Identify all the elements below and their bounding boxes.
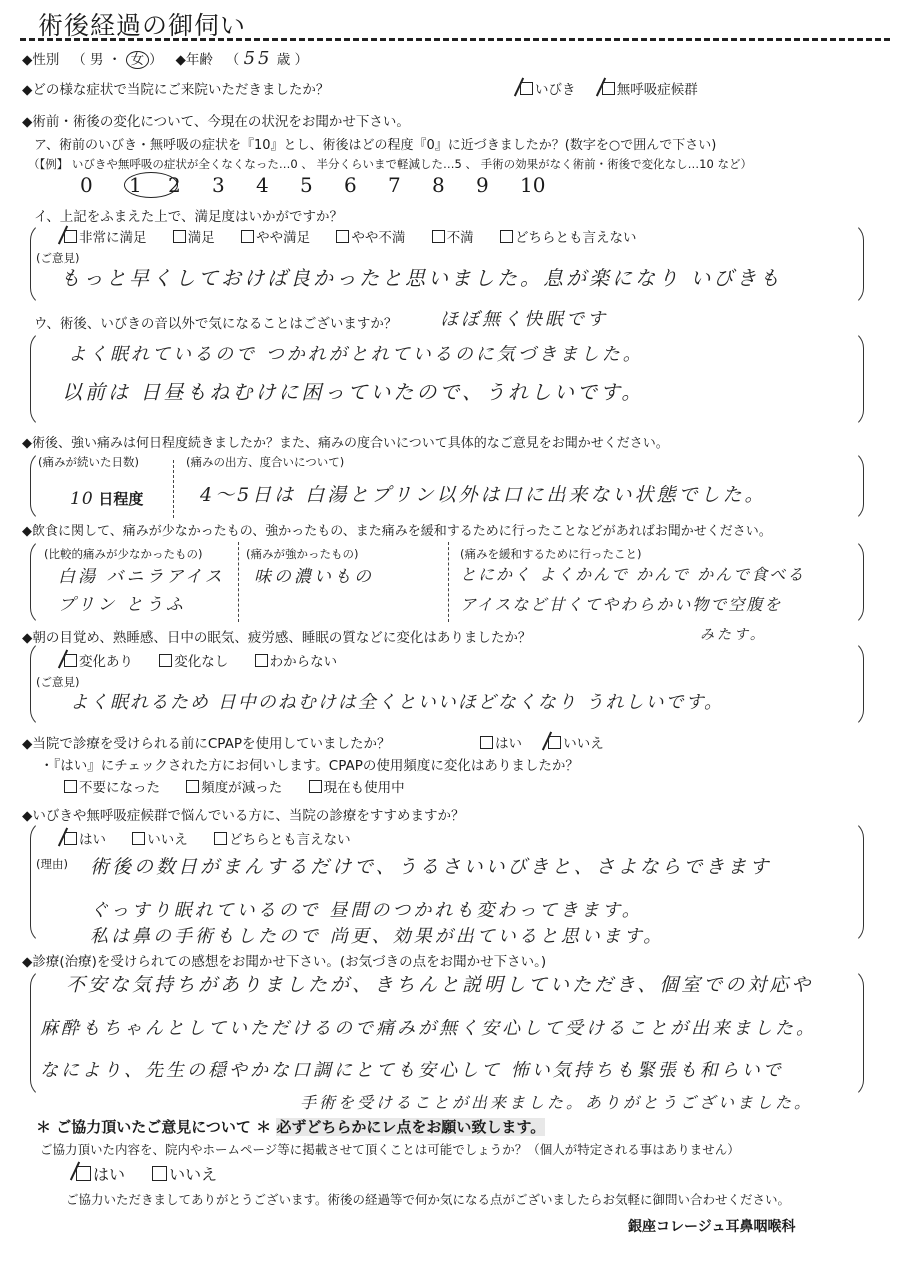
pain-days-label: (痛みが続いた日数) — [38, 454, 139, 470]
option-label: いいえ — [563, 736, 604, 752]
pain-days-unit: 日程度 — [98, 490, 143, 508]
sleep-opinion-value[interactable]: よく眠れるため 日中のねむけは全くといいほどなくなり うれしいです。 — [70, 688, 724, 714]
food-strong-label: (痛みが強かったもの) — [246, 546, 358, 562]
scale-10[interactable]: 10 — [520, 173, 564, 197]
cpap-followup: ・『はい』にチェックされた方にお伺いします。CPAPの使用頻度に変化はありました… — [40, 754, 579, 774]
visit-option-apnea[interactable]: 無呼吸症候群 — [602, 78, 698, 98]
consent-heading-row: ＊ ご協力頂いたご意見について ＊ 必ずどちらかにレ点をお願い致します。 — [36, 1116, 545, 1137]
clinic-name: 銀座コレージュ耳鼻咽喉科 — [628, 1216, 795, 1236]
impression-line4[interactable]: 手術を受けることが出来ました。ありがとうございました。 — [300, 1090, 813, 1113]
food-less-line1[interactable]: 白湯 バニラアイス — [58, 562, 225, 587]
consent-options: はい いいえ — [76, 1162, 239, 1185]
checkbox-icon[interactable] — [64, 230, 77, 243]
option-label: いいえ — [147, 832, 188, 848]
checkbox-icon[interactable] — [500, 230, 513, 243]
satisfaction-option[interactable]: やや満足 — [241, 226, 310, 246]
scale-8[interactable]: 8 — [432, 173, 476, 197]
age-label: ◆年齢 — [176, 52, 213, 68]
scale-3[interactable]: 3 — [212, 173, 256, 197]
recommend-reason-label: (理由) — [36, 856, 68, 872]
checkbox-icon[interactable] — [64, 654, 77, 667]
visit-reason-question: ◆どの様な症状で当院にご来院いただきましたか？ — [22, 78, 329, 98]
cpap-options: はい いいえ — [480, 732, 626, 752]
pain-detail-label: (痛みの出方、度合いについて) — [186, 454, 344, 470]
scale-4[interactable]: 4 — [256, 173, 300, 197]
satisfaction-option[interactable]: 非常に満足 — [64, 226, 147, 246]
recommend-reason-line3[interactable]: 私は鼻の手術もしたので 尚更、効果が出ていると思います。 — [90, 922, 664, 948]
checkbox-icon[interactable] — [76, 1166, 91, 1181]
checkbox-icon[interactable] — [214, 832, 227, 845]
checkbox-icon[interactable] — [255, 654, 268, 667]
change-a-question: ア、術前のいびき・無呼吸の症状を『10』とし、術後はどの程度『0』に近づきました… — [34, 134, 716, 153]
visit-option-snoring[interactable]: いびき — [520, 78, 576, 98]
impression-line3[interactable]: なにより、先生の穏やかな口調にとても安心して 怖い気持ちも緊張も和らいで — [40, 1056, 784, 1082]
cpap-followup-options: 不要になった 頻度が減った 現在も使用中 — [64, 776, 427, 796]
checkbox-icon[interactable] — [480, 736, 493, 749]
option-label: 非常に満足 — [79, 230, 147, 246]
option-label: どちらとも言えない — [229, 832, 351, 848]
checkbox-icon[interactable] — [64, 832, 77, 845]
recommend-options: はい いいえ どちらとも言えない — [64, 828, 373, 848]
consent-thanks: ご協力いただきましてありがとうございます。術後の経過等で何か気になる点がございま… — [66, 1190, 790, 1208]
pain-days: 10 日程度 — [70, 488, 143, 509]
scale-9[interactable]: 9 — [476, 173, 520, 197]
change-heading: ◆術前・術後の変化について、今現在の状況をお聞かせ下さい。 — [22, 110, 410, 130]
satisfaction-option[interactable]: どちらとも言えない — [500, 226, 637, 246]
food-divider-1 — [238, 542, 239, 622]
recommend-option[interactable]: いいえ — [132, 828, 188, 848]
sleep-option[interactable]: わからない — [255, 650, 338, 670]
cpap-option-no[interactable]: いいえ — [548, 732, 604, 752]
option-label: 頻度が減った — [201, 780, 282, 796]
cpap-followup-option[interactable]: 不要になった — [64, 776, 160, 796]
option-label: 現在も使用中 — [324, 780, 405, 796]
checkbox-icon[interactable] — [548, 736, 561, 749]
option-label: はい — [495, 736, 522, 752]
satisfaction-options: 非常に満足 満足 やや満足 やや不満 不満 どちらとも言えない — [64, 226, 658, 246]
checkbox-icon[interactable] — [132, 832, 145, 845]
food-less-line2[interactable]: プリン とうふ — [58, 590, 186, 615]
gender-label: ◆性別 — [22, 52, 59, 68]
other-concerns-question: ウ、術後、いびきの音以外で気になることはございますか？ — [34, 312, 397, 332]
scale-0[interactable]: 0 — [80, 173, 124, 197]
scale-1[interactable]: 1 — [124, 172, 168, 198]
gender-options: （ 男 ・ — [72, 52, 121, 68]
option-label: はい — [93, 1165, 125, 1184]
satisfaction-opinion-line2[interactable]: ほぼ無く快眠です — [440, 305, 608, 331]
scale-2[interactable]: 2 — [168, 173, 212, 197]
cpap-option-yes[interactable]: はい — [480, 732, 522, 752]
option-label: どちらとも言えない — [515, 230, 637, 246]
food-relief-label: (痛みを緩和するために行ったこと) — [460, 546, 641, 562]
consent-option-yes[interactable]: はい — [76, 1162, 125, 1185]
pain-days-value[interactable]: 10 — [70, 489, 94, 509]
option-label: やや満足 — [256, 230, 310, 246]
sleep-options: 変化あり 変化なし わからない — [64, 650, 359, 670]
pain-detail-value[interactable]: 4～5日は 白湯とプリン以外は口に出来ない状態でした。 — [200, 480, 766, 507]
checkbox-icon[interactable] — [186, 780, 199, 793]
scale-5[interactable]: 5 — [300, 173, 344, 197]
change-a-example: （【例】 いびきや無呼吸の症状が全くなくなった…0 、 半分くらいまで軽減した…… — [28, 156, 752, 172]
impression-line2[interactable]: 麻酔もちゃんとしていただけるので痛みが無く安心して受けることが出来ました。 — [40, 1014, 817, 1040]
visit-reason-options: いびき 無呼吸症候群 — [520, 78, 720, 98]
option-label: 満足 — [188, 230, 215, 246]
option-label: 無呼吸症候群 — [617, 82, 698, 98]
food-relief-line1[interactable]: とにかく よくかんで かんで かんで食べる — [460, 562, 805, 585]
option-label: やや不満 — [351, 230, 405, 246]
consent-question: ご協力頂いた内容を、院内やホームページ等に掲載させて頂くことは可能でしょうか？（… — [40, 1140, 740, 1158]
checkbox-icon[interactable] — [152, 1166, 167, 1181]
other-concerns-line2[interactable]: 以前は 日昼もねむけに困っていたので、うれしいです。 — [62, 376, 644, 405]
gender-row: ◆性別 （ 男 ・ 女） ◆年齢 （ 55 歳 ） — [22, 48, 308, 69]
option-label: 不満 — [447, 230, 474, 246]
consent-emphasis: 必ずどちらかにレ点をお願い致します。 — [276, 1118, 545, 1136]
satisfaction-opinion-line1[interactable]: もっと早くしておけば良かったと思いました。息が楽になり いびきも — [60, 262, 782, 291]
symptom-scale: 012345678910 — [80, 172, 564, 198]
option-label: 変化なし — [174, 654, 228, 670]
cpap-followup-option[interactable]: 現在も使用中 — [309, 776, 405, 796]
checkbox-icon[interactable] — [173, 230, 186, 243]
age-unit: 歳 ） — [277, 52, 308, 68]
satisfaction-option[interactable]: 不満 — [432, 226, 474, 246]
checkbox-icon[interactable] — [64, 780, 77, 793]
option-label: わからない — [270, 654, 338, 670]
gender-selected[interactable]: 女 — [126, 51, 150, 69]
scale-7[interactable]: 7 — [388, 173, 432, 197]
option-label: いいえ — [169, 1165, 217, 1184]
food-relief-line2[interactable]: アイスなど甘くてやわらかい物で空腹を — [460, 592, 782, 615]
checkbox-icon[interactable] — [602, 82, 615, 95]
recommend-option[interactable]: はい — [64, 828, 106, 848]
checkbox-icon[interactable] — [159, 654, 172, 667]
consent-option-no[interactable]: いいえ — [152, 1162, 217, 1185]
pain-divider — [173, 460, 174, 518]
food-divider-2 — [448, 542, 449, 622]
option-label: 変化あり — [79, 654, 133, 670]
cpap-followup-option[interactable]: 頻度が減った — [186, 776, 282, 796]
food-question: ◆飲食に関して、痛みが少なかったもの、強かったもの、また痛みを緩和するために行っ… — [22, 520, 772, 539]
checkbox-icon[interactable] — [432, 230, 445, 243]
food-strong-line1[interactable]: 味の濃いもの — [254, 562, 374, 587]
satisfaction-option[interactable]: やや不満 — [336, 226, 405, 246]
option-label: 不要になった — [79, 780, 160, 796]
cpap-question: ◆当院で診療を受けられる前にCPAPを使用していましたか？ — [22, 732, 390, 752]
checkbox-icon[interactable] — [241, 230, 254, 243]
gender-close: ） — [149, 52, 163, 68]
title-divider — [20, 38, 890, 41]
recommend-option[interactable]: どちらとも言えない — [214, 828, 351, 848]
impression-line1[interactable]: 不安な気持ちがありましたが、きちんと説明していただき、個室での対応や — [66, 970, 813, 997]
pain-question: ◆術後、強い痛みは何日程度続きましたか？また、痛みの度合いについて具体的なご意見… — [22, 432, 669, 451]
recommend-reason-line2[interactable]: ぐっすり眠れているので 昼間のつかれも変わってきます。 — [90, 896, 643, 922]
sleep-option[interactable]: 変化なし — [159, 650, 228, 670]
age-value[interactable]: 55 — [244, 48, 273, 69]
option-label: はい — [79, 832, 106, 848]
consent-heading: ＊ ご協力頂いたご意見について ＊ — [36, 1118, 271, 1136]
option-label: いびき — [535, 82, 576, 98]
age-open: （ — [226, 52, 240, 68]
food-less-label: (比較的痛みが少なかったもの) — [44, 546, 202, 562]
impression-question: ◆診療(治療)を受けられての感想をお聞かせ下さい。(お気づきの点をお聞かせ下さい… — [22, 950, 546, 970]
checkbox-icon[interactable] — [336, 230, 349, 243]
checkbox-icon[interactable] — [520, 82, 533, 95]
recommend-reason-line1[interactable]: 術後の数日がまんするだけで、うるさいいびきと、さよならできます — [90, 852, 771, 879]
scale-6[interactable]: 6 — [344, 173, 388, 197]
sleep-option[interactable]: 変化あり — [64, 650, 133, 670]
page-title: 術後経過の御伺い — [38, 6, 246, 42]
other-concerns-line1[interactable]: よく眠れているので つかれがとれているのに気づきました。 — [68, 340, 644, 366]
checkbox-icon[interactable] — [309, 780, 322, 793]
satisfaction-option[interactable]: 満足 — [173, 226, 215, 246]
